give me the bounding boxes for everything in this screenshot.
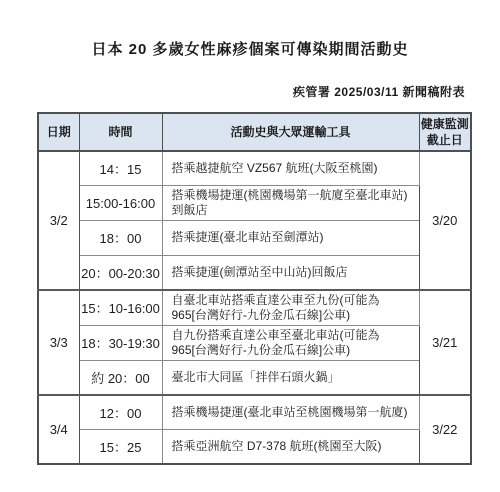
source-note: 疾管署 2025/03/11 新聞稿附表 xyxy=(37,59,465,100)
page-title: 日本 20 多歲女性麻疹個案可傳染期間活動史 xyxy=(0,0,500,59)
activity-cell: 臺北市大同區「拌伴石頭火鍋」 xyxy=(162,360,419,395)
table-row: 18：30-19:30 自九份搭乘直達公車至臺北車站(可能為 965[台灣好行-… xyxy=(38,325,471,360)
activity-history-table: 日期 時間 活動史與大眾運輸工具 健康監測截止日 3/2 14：15 搭乘越捷航… xyxy=(37,112,472,465)
document-page: 日本 20 多歲女性麻疹個案可傳染期間活動史 疾管署 2025/03/11 新聞… xyxy=(0,0,500,492)
table-header-row: 日期 時間 活動史與大眾運輸工具 健康監測截止日 xyxy=(38,113,471,151)
time-cell: 18：00 xyxy=(79,221,162,256)
activity-cell: 搭乘機場捷運(臺北車站至桃園機場第一航廈) xyxy=(162,395,419,430)
time-cell: 20：00-20:30 xyxy=(79,255,162,290)
activity-cell: 自臺北車站搭乘直達公車至九份(可能為 965[台灣好行-九份金瓜石線]公車) xyxy=(162,290,419,326)
time-cell: 約 20：00 xyxy=(79,360,162,395)
activity-cell: 搭乘越捷航空 VZ567 航班(大阪至桃園) xyxy=(162,151,419,186)
header-time: 時間 xyxy=(79,113,162,151)
table-row: 15:00-16:00 搭乘機場捷運(桃園機場第一航廈至臺北車站)到飯店 xyxy=(38,186,471,221)
time-cell: 15：25 xyxy=(79,429,162,464)
header-date: 日期 xyxy=(38,113,79,151)
time-cell: 14：15 xyxy=(79,151,162,186)
table-row: 20：00-20:30 搭乘捷運(劍潭站至中山站)回飯店 xyxy=(38,255,471,290)
activity-cell: 搭乘捷運(劍潭站至中山站)回飯店 xyxy=(162,255,419,290)
header-monitor-line2: 截止日 xyxy=(427,133,463,147)
header-activity: 活動史與大眾運輸工具 xyxy=(162,113,419,151)
activity-cell: 搭乘捷運(臺北車站至劍潭站) xyxy=(162,221,419,256)
table-row: 18：00 搭乘捷運(臺北車站至劍潭站) xyxy=(38,221,471,256)
date-cell: 3/2 xyxy=(38,151,79,290)
monitor-deadline-cell: 3/21 xyxy=(419,290,471,395)
monitor-deadline-cell: 3/20 xyxy=(419,151,471,290)
date-cell: 3/4 xyxy=(38,395,79,464)
time-cell: 15：10-16:00 xyxy=(79,290,162,326)
table-row: 15：25 搭乘亞洲航空 D7-378 航班(桃園至大阪) xyxy=(38,429,471,464)
header-monitor-deadline: 健康監測截止日 xyxy=(419,113,471,151)
time-cell: 12：00 xyxy=(79,395,162,430)
monitor-deadline-cell: 3/22 xyxy=(419,395,471,464)
table-row: 約 20：00 臺北市大同區「拌伴石頭火鍋」 xyxy=(38,360,471,395)
date-cell: 3/3 xyxy=(38,290,79,395)
activity-cell: 搭乘亞洲航空 D7-378 航班(桃園至大阪) xyxy=(162,429,419,464)
table-row: 3/4 12：00 搭乘機場捷運(臺北車站至桃園機場第一航廈) 3/22 xyxy=(38,395,471,430)
time-cell: 15:00-16:00 xyxy=(79,186,162,221)
table-row: 3/2 14：15 搭乘越捷航空 VZ567 航班(大阪至桃園) 3/20 xyxy=(38,151,471,186)
activity-cell: 自九份搭乘直達公車至臺北車站(可能為 965[台灣好行-九份金瓜石線]公車) xyxy=(162,325,419,360)
table-row: 3/3 15：10-16:00 自臺北車站搭乘直達公車至九份(可能為 965[台… xyxy=(38,290,471,326)
header-monitor-line1: 健康監測 xyxy=(421,117,469,131)
time-cell: 18：30-19:30 xyxy=(79,325,162,360)
activity-cell: 搭乘機場捷運(桃園機場第一航廈至臺北車站)到飯店 xyxy=(162,186,419,221)
